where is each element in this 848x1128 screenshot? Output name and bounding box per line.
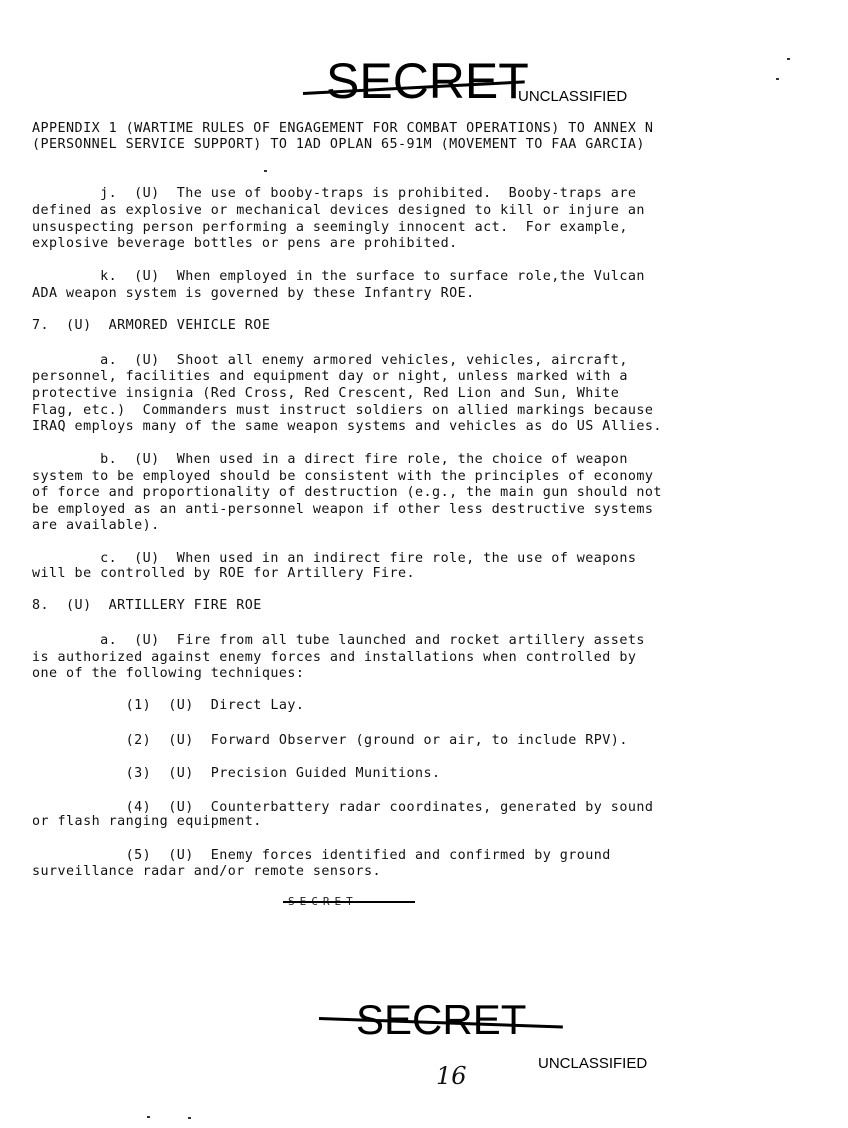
para-7b-line-5: are available).: [32, 518, 160, 534]
item-5-line-1: (5) (U) Enemy forces identified and conf…: [32, 848, 611, 864]
para-j-line-2: defined as explosive or mechanical devic…: [32, 203, 645, 219]
section-8-heading: 8. (U) ARTILLERY FIRE ROE: [32, 598, 262, 614]
para-7a-line-2: personnel, facilities and equipment day …: [32, 369, 628, 385]
para-7b-line-1: b. (U) When used in a direct fire role, …: [32, 452, 628, 468]
scan-speck: [776, 78, 779, 80]
item-2: (2) (U) Forward Observer (ground or air,…: [32, 733, 628, 749]
item-3: (3) (U) Precision Guided Munitions.: [32, 766, 441, 782]
document-title-line-1: APPENDIX 1 (WARTIME RULES OF ENGAGEMENT …: [32, 121, 653, 137]
para-7a-line-1: a. (U) Shoot all enemy armored vehicles,…: [32, 353, 628, 369]
para-8a-line-2: is authorized against enemy forces and i…: [32, 650, 636, 666]
document-title-line-2: (PERSONNEL SERVICE SUPPORT) TO 1AD OPLAN…: [32, 137, 645, 153]
scan-speck: [147, 1116, 150, 1118]
page-number: 16: [436, 1062, 467, 1090]
para-k-line-1: k. (U) When employed in the surface to s…: [32, 269, 645, 285]
para-7a-line-5: IRAQ employs many of the same weapon sys…: [32, 419, 662, 435]
typed-secret-strikethrough: [283, 901, 415, 903]
para-7c-line-2: will be controlled by ROE for Artillery …: [32, 566, 415, 582]
para-7b-line-2: system to be employed should be consiste…: [32, 469, 653, 485]
item-1: (1) (U) Direct Lay.: [32, 698, 304, 714]
para-7c-line-1: c. (U) When used in an indirect fire rol…: [32, 551, 636, 567]
para-k-line-2: ADA weapon system is governed by these I…: [32, 286, 475, 302]
para-8a-line-1: a. (U) Fire from all tube launched and r…: [32, 633, 645, 649]
section-7-heading: 7. (U) ARMORED VEHICLE ROE: [32, 318, 270, 334]
para-7b-line-3: of force and proportionality of destruct…: [32, 485, 662, 501]
footer-unclassified-label: UNCLASSIFIED: [538, 1055, 647, 1072]
para-7a-line-3: protective insignia (Red Cross, Red Cres…: [32, 386, 619, 402]
para-7a-line-4: Flag, etc.) Commanders must instruct sol…: [32, 403, 653, 419]
para-8a-line-3: one of the following techniques:: [32, 666, 304, 682]
para-7b-line-4: be employed as an anti-personnel weapon …: [32, 502, 653, 518]
para-j-line-3: unsuspecting person performing a seeming…: [32, 220, 628, 236]
scan-speck: [787, 58, 790, 60]
scan-speck: [264, 170, 267, 172]
header-unclassified-label: UNCLASSIFIED: [518, 88, 627, 105]
para-j-line-4: explosive beverage bottles or pens are p…: [32, 236, 458, 252]
item-5-line-2: surveillance radar and/or remote sensors…: [32, 864, 381, 880]
scan-speck: [188, 1117, 191, 1119]
para-j-line-1: j. (U) The use of booby-traps is prohibi…: [32, 186, 636, 202]
item-4-line-2: or flash ranging equipment.: [32, 814, 262, 830]
